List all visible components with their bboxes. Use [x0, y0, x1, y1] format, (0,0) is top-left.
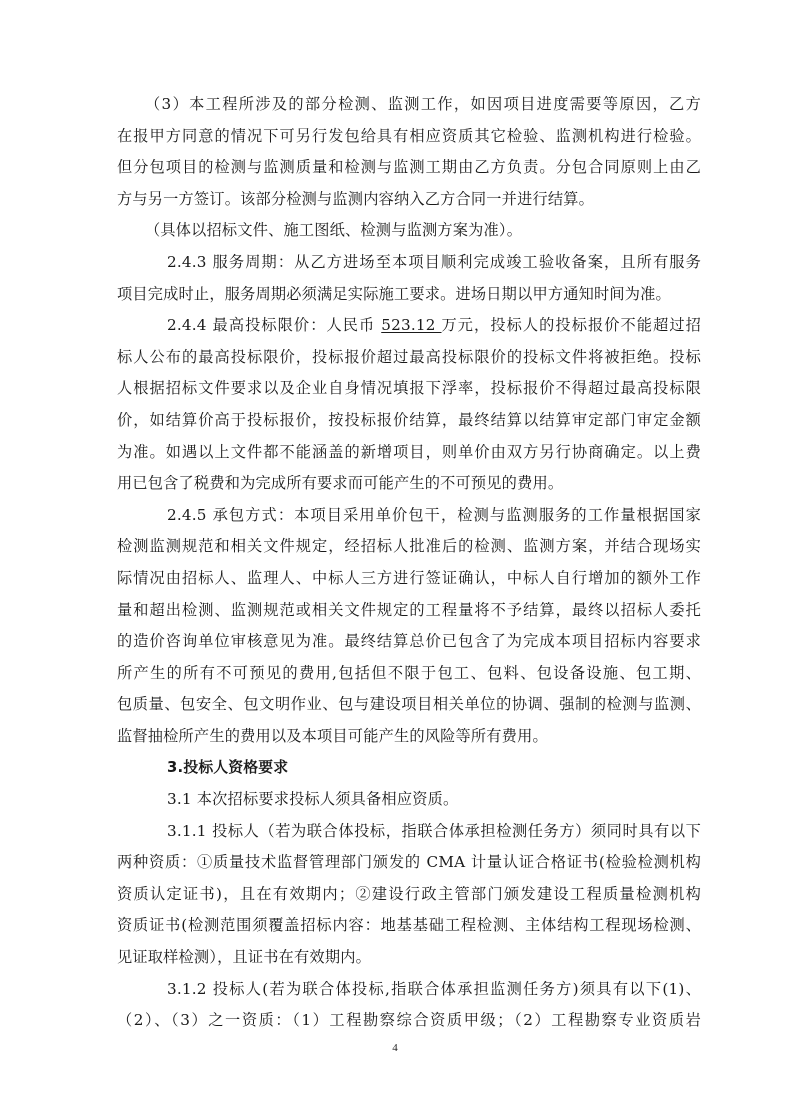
section-2-4-4-first-line: 2.4.4 最高投标限价：人民币 523.12 万元，投标人的投标报价不能超过招	[117, 310, 701, 342]
section-2-4-5-line: 包质量、包安全、包文明作业、包与建设项目相关单位的协调、强制的检测与监测、	[117, 689, 701, 721]
price-suffix: 万元，投标人的投标报价不能超过招	[442, 316, 702, 334]
section-2-4-5-line: 所产生的所有不可预见的费用,包括但不限于包工、包料、包设备设施、包工期、	[117, 658, 701, 690]
section-3-1-1-line: 3.1.1 投标人（若为联合体投标，指联合体承担检测任务方）须同时具有以下	[117, 816, 701, 848]
price-prefix: 2.4.4 最高投标限价：人民币	[167, 316, 381, 334]
section-2-4-5-line: 2.4.5 承包方式：本项目采用单价包干，检测与监测服务的工作量根据国家	[117, 500, 701, 532]
section-2-4-5-line: 际情况由招标人、监理人、中标人三方进行签证确认，中标人自行增加的额外工作	[117, 563, 701, 595]
section-3-1-line: 3.1 本次招标要求投标人须具备相应资质。	[117, 784, 701, 816]
section-heading: 3.投标人资格要求	[117, 752, 701, 784]
document-page: （3）本工程所涉及的部分检测、监测工作，如因项目进度需要等原因，乙方 在报甲方同…	[117, 89, 701, 1037]
section-2-4-4-line: 价，如结算价高于投标报价，按投标报价结算，最终结算以结算审定部门审定金额	[117, 405, 701, 437]
note-line: （具体以招标文件、施工图纸、检测与监测方案为准）。	[117, 215, 701, 247]
section-2-4-4-line: 人根据招标文件要求以及企业自身情况填报下浮率，投标报价不得超过最高投标限	[117, 373, 701, 405]
section-2-4-3-line: 2.4.3 服务周期：从乙方进场至本项目顺利完成竣工验收备案，且所有服务	[117, 247, 701, 279]
section-3-1-1-line: 资质认定证书)，且在有效期内；②建设行政主管部门颁发建设工程质量检测机构	[117, 879, 701, 911]
section-2-4-5-line: 监督抽检所产生的费用以及本项目可能产生的风险等所有费用。	[117, 721, 701, 753]
section-3-1-1-line: 资质证书(检测范围须覆盖招标内容：地基基础工程检测、主体结构工程现场检测、	[117, 910, 701, 942]
section-2-4-4-line: 标人公布的最高投标限价，投标报价超过最高投标限价的投标文件将被拒绝。投标	[117, 342, 701, 374]
paragraph-line: （3）本工程所涉及的部分检测、监测工作，如因项目进度需要等原因，乙方	[117, 89, 701, 121]
section-2-4-4-line: 为准。如遇以上文件都不能涵盖的新增项目，则单价由双方另行协商确定。以上费	[117, 437, 701, 469]
section-3-1-1-line: 两种资质：①质量技术监督管理部门颁发的 CMA 计量认证合格证书(检验检测机构	[117, 847, 701, 879]
section-3-1-2-line: （2）、（3）之一资质：（1）工程勘察综合资质甲级；（2）工程勘察专业资质岩	[117, 1005, 701, 1037]
paragraph-line: 但分包项目的检测与监测质量和检测与监测工期由乙方负责。分包合同原则上由乙	[117, 152, 701, 184]
section-3-1-2-line: 3.1.2 投标人(若为联合体投标,指联合体承担监测任务方)须具有以下(1)、	[117, 974, 701, 1006]
section-3-1-1-line: 见证取样检测），且证书在有效期内。	[117, 942, 701, 974]
paragraph-line: 在报甲方同意的情况下可另行发包给具有相应资质其它检验、监测机构进行检验。	[117, 121, 701, 153]
section-2-4-5-line: 的造价咨询单位审核意见为准。最终结算总价已包含了为完成本项目招标内容要求	[117, 626, 701, 658]
section-2-4-5-line: 量和超出检测、监测规范或相关文件规定的工程量将不予结算，最终以招标人委托	[117, 595, 701, 627]
section-2-4-3-line: 项目完成时止，服务周期必须满足实际施工要求。进场日期以甲方通知时间为准。	[117, 279, 701, 311]
price-amount: 523.12	[381, 316, 441, 334]
paragraph-line: 方与另一方签订。该部分检测与监测内容纳入乙方合同一并进行结算。	[117, 184, 701, 216]
page-number: 4	[0, 1042, 790, 1054]
section-2-4-4-line: 用已包含了税费和为完成所有要求而可能产生的不可预见的费用。	[117, 468, 701, 500]
section-2-4-5-line: 检测监测规范和相关文件规定，经招标人批准后的检测、监测方案，并结合现场实	[117, 531, 701, 563]
